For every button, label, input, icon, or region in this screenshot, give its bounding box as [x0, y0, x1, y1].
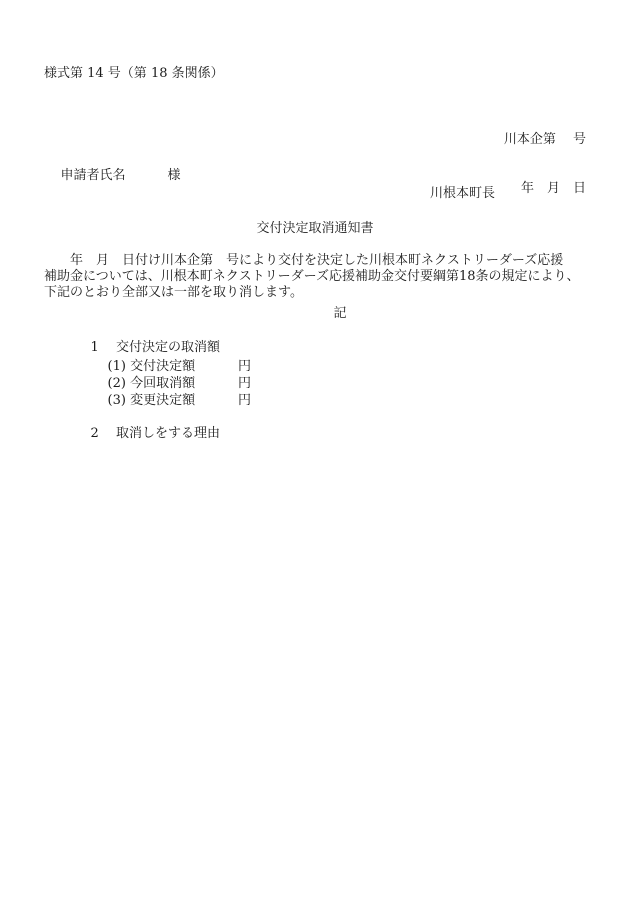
item-label: 取消しをする理由 — [116, 426, 220, 441]
item-number: 2 — [91, 426, 99, 441]
yen-unit: 円 — [238, 393, 251, 409]
body-line: 年 月 日付け川本企第 号により交付を決定した川根本町ネクストリーダーズ応援 — [44, 253, 589, 269]
body-paragraph: 年 月 日付け川本企第 号により交付を決定した川根本町ネクストリーダーズ応援 補… — [44, 253, 589, 301]
item-2: 2 取消しをする理由 — [74, 410, 220, 458]
body-line: 下記のとおり全部又は一部を取り消します。 — [44, 285, 589, 301]
reference-block: 川本企第 号 年 月 日 — [504, 100, 586, 230]
applicant-line: 申請者氏名様 — [44, 152, 181, 200]
sub-item-label: 変更決定額 — [130, 393, 195, 408]
applicant-name-label: 申請者氏名 — [61, 168, 126, 183]
yen-unit: 円 — [238, 376, 251, 392]
ki-heading: 記 — [0, 306, 630, 322]
body-line: 補助金については、川根本町ネクストリーダーズ応援補助金交付要綱第18条の規定によ… — [44, 269, 589, 285]
form-number: 様式第 14 号（第 18 条関係） — [44, 66, 224, 82]
applicant-honorific: 様 — [168, 168, 181, 183]
reference-number: 川本企第 号 — [504, 132, 586, 149]
document-title: 交付決定取消通知書 — [0, 221, 630, 237]
issuer: 川根本町長 — [430, 186, 495, 202]
reference-date: 年 月 日 — [504, 181, 586, 198]
sub-item-number: (3) — [108, 393, 126, 408]
yen-unit: 円 — [238, 359, 251, 375]
